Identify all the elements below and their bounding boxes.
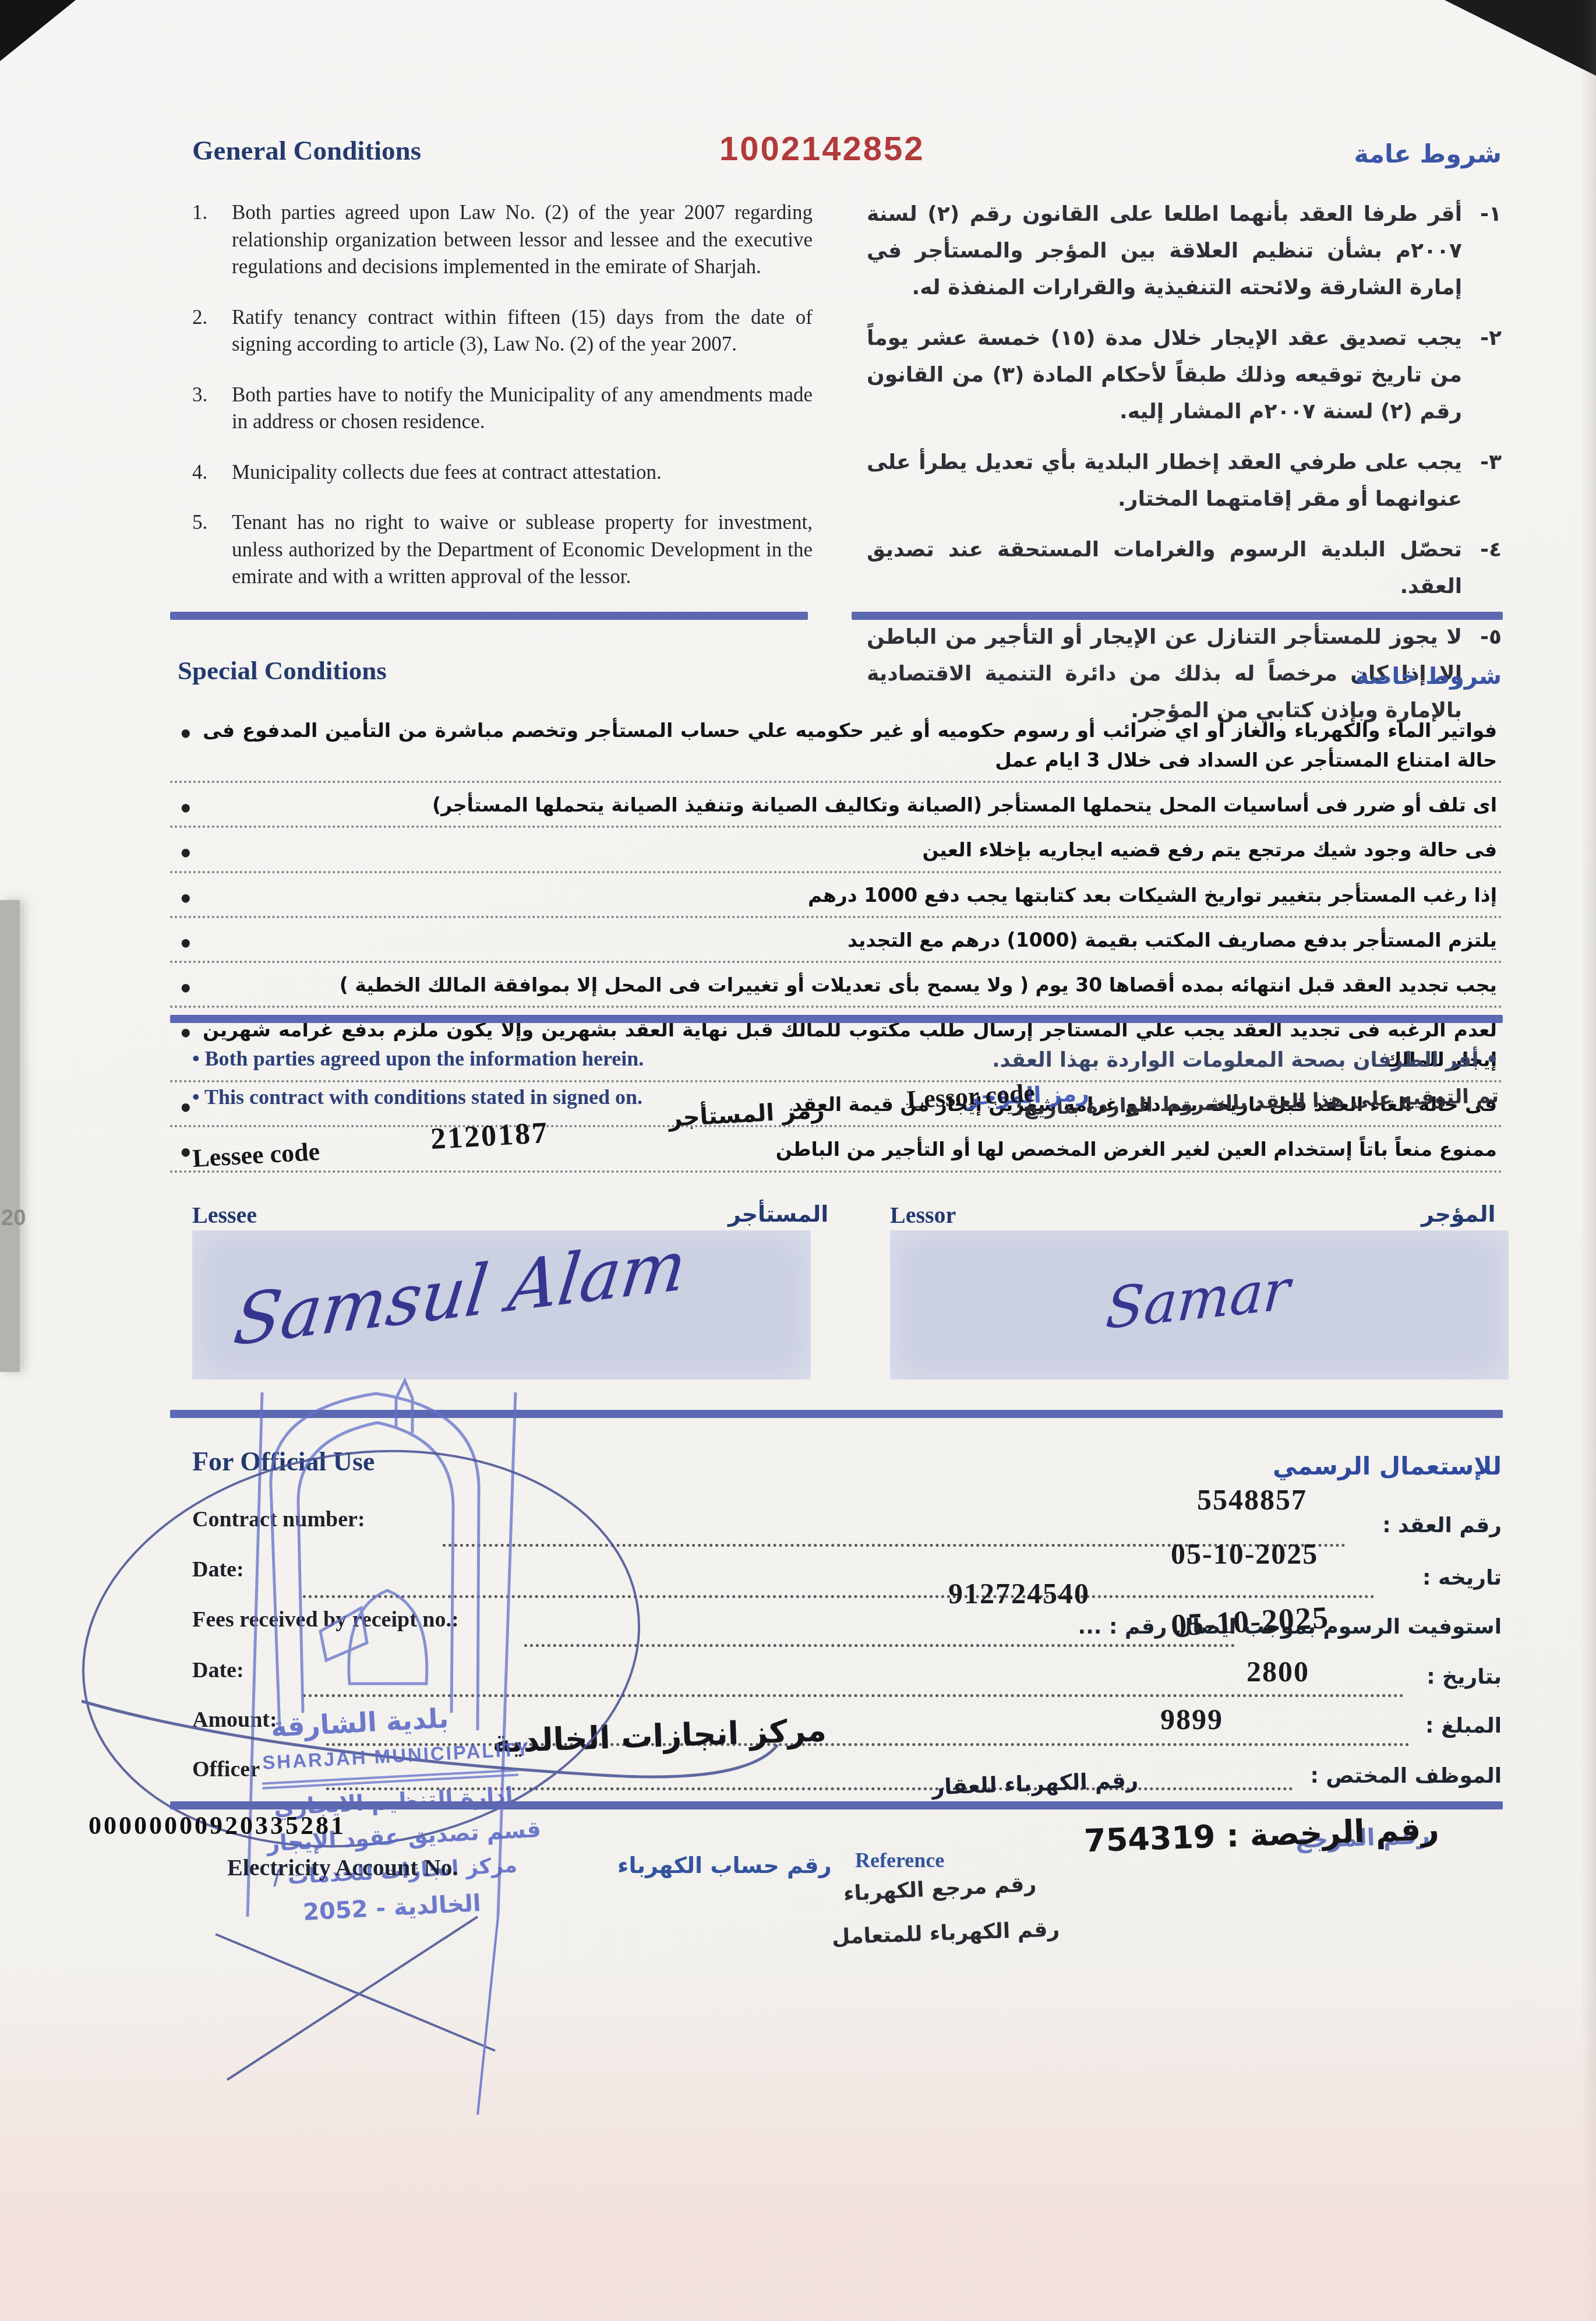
item-text: تحصّل البلدية الرسوم والغرامات المستحقة … [867,531,1462,605]
contract-number-label-ar: رقم العقد : [1382,1514,1502,1537]
general-conditions-title-en: General Conditions [192,135,421,167]
list-item: 3.Both parties have to notify the Munici… [192,382,813,436]
item-text: Ratify tenancy contract within fifteen (… [232,304,813,358]
section-divider [170,1015,1503,1023]
lessee-label-ar: المستأجر [728,1201,828,1227]
item-number: 4. [192,459,220,486]
lessee-signature: Samsul Alam [229,1224,691,1361]
item-text: يجب على طرفي العقد إخطار البلدية بأي تعد… [867,444,1462,517]
general-conditions-list-ar: ١-أقر طرفا العقد بأنهما اطلعا على القانو… [867,196,1502,743]
electricity-account-number: 00000000920335281 [89,1811,346,1840]
special-condition-item: فواتير الماء والكهرباء والغاز أو اي ضرائ… [170,712,1503,783]
official-use-title-ar: للإستعمال الرسمي [1273,1452,1502,1480]
electricity-account-label-en: Electricity Account No. [227,1854,458,1881]
lessor-signature-box: Samar [890,1230,1509,1380]
item-number: 1. [192,199,220,281]
amount-value: 9899 [1160,1702,1223,1736]
special-conditions-title-ar: شروط خاصة [1355,663,1502,690]
list-item: ٢-يجب تصديق عقد الإيجار خلال مدة (١٥) خم… [867,320,1502,430]
section-divider [170,612,808,620]
special-condition-item: يلتزم المستأجر بدفع مصاريف المكتب بقيمة … [170,922,1503,963]
list-item: 4.Municipality collects due fees at cont… [192,459,813,486]
item-text: Both parties agreed upon Law No. (2) of … [232,199,813,281]
special-condition-item: اى تلف أو ضرر فى أساسيات المحل يتحملها ا… [170,786,1503,828]
date-label-ar: تاريخه : [1422,1566,1502,1590]
contract-date-value: 05-10-2025 [1171,1537,1318,1571]
item-text: يجب تصديق عقد الإيجار خلال مدة (١٥) خمسة… [867,320,1462,430]
special-condition-item: فى حالة وجود شيك مرتجع يتم رفع قضيه ايجا… [170,831,1503,873]
receipt-amount-value: 2800 [1247,1655,1309,1688]
reference-label-en: Reference [855,1848,944,1872]
lessee-label-en: Lessee [192,1201,257,1229]
scan-left-strip [0,900,20,1372]
lessee-code-value: 2120187 [430,1116,550,1156]
amount-label-ar: المبلغ : [1425,1714,1502,1738]
item-number: 3. [192,382,220,436]
item-number: 5. [192,509,220,591]
item-number: ٤- [1471,531,1502,605]
receipt-number-value: 912724540 [948,1576,1090,1610]
date-label-ar: بتاريخ : [1426,1665,1502,1689]
license-number: رقم الرخصة : 754319 [1083,1810,1439,1859]
special-conditions-title-en: Special Conditions [178,655,387,686]
item-text: أقر طرفا العقد بأنهما اطلعا على القانون … [867,196,1462,306]
special-condition-item: إذا رغب المستأجر بتغيير تواريخ الشيكات ب… [170,877,1503,918]
contract-number-value: 5548857 [1197,1483,1307,1516]
list-item: 2.Ratify tenancy contract within fifteen… [192,304,813,358]
item-text: Both parties have to notify the Municipa… [232,382,813,436]
scan-corner-top-left [0,0,76,61]
lessor-signature: Samar [1104,1257,1292,1342]
scanned-tenancy-contract-page: 20 1002142852 General Conditions شروط عا… [0,0,1596,2321]
list-item: 5.Tenant has no right to waive or sublea… [192,509,813,591]
general-conditions-list-en: 1.Both parties agreed upon Law No. (2) o… [192,199,813,614]
agreement-statement-en: • Both parties agreed upon the informati… [192,1046,644,1071]
electricity-property-label-ar: رقم الكهرباء للعقار [931,1768,1139,1800]
item-number: ١- [1471,196,1502,306]
agreement-statement-ar: • أقر الطرفان بصحة المعلومات الواردة بهذ… [992,1049,1499,1072]
scan-edge-marker: 20 [1,1206,26,1231]
item-number: 2. [192,304,220,358]
section-divider [170,1801,1503,1809]
lessee-code-label-ar: رمز المستأجر [668,1096,825,1132]
lessor-code-label: Lessor code [906,1078,1036,1114]
item-number: ٢- [1471,320,1502,430]
list-item: 1.Both parties agreed upon Law No. (2) o… [192,199,813,281]
special-condition-item: يجب تجديد العقد قبل انتهائه بمده أقصاها … [170,967,1503,1008]
officer-label-ar: الموظف المختص : [1310,1764,1502,1788]
list-item: ٤-تحصّل البلدية الرسوم والغرامات المستحق… [867,531,1502,605]
item-number: ٣- [1471,444,1502,517]
list-item: ١-أقر طرفا العقد بأنهما اطلعا على القانو… [867,196,1502,306]
lessee-code-label: Lessee code [192,1137,320,1173]
electricity-account-label-ar: رقم حساب الكهرباء [617,1853,832,1878]
list-item: ٣-يجب على طرفي العقد إخطار البلدية بأي ت… [867,444,1502,517]
item-text: Municipality collects due fees at contra… [232,459,662,486]
scan-corner-top-right [1445,0,1596,76]
general-conditions-title-ar: شروط عامة [1354,140,1502,169]
item-text: Tenant has no right to waive or sublease… [232,509,813,591]
section-divider [852,612,1503,620]
lessor-label-ar: المؤجر [1421,1201,1496,1227]
contract-reference-number: 1002142852 [719,129,925,168]
lessor-label-en: Lessor [890,1201,956,1229]
